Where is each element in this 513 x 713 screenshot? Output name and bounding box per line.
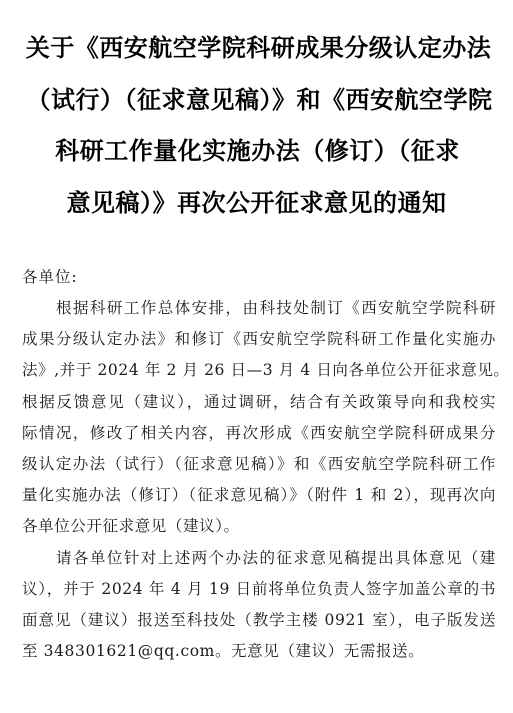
paragraph-line: 际情况，修改了相关内容，再次形成《西安航空学院科研成果分 [22,418,496,449]
paragraph-line: 面意见（建议）报送至科技处（教学主楼 0921 室），电子版发送 [22,605,496,636]
notice-document: 关于《西安航空学院科研成果分级认定办法 （试行）（征求意见稿）》和《西安航空学院… [0,0,513,713]
paragraph-line: 议），并于 2024 年 4 月 19 日前将单位负责人签字加盖公章的书 [22,574,496,605]
paragraph-line-with-email: 至 348301621@qq.com。无意见（建议）无需报送。 [22,636,496,667]
paragraph-line: 根据科研工作总体安排，由科技处制订《西安航空学院科研 [22,293,496,324]
document-title: 关于《西安航空学院科研成果分级认定办法 （试行）（征求意见稿）》和《西安航空学院… [0,22,513,228]
paragraph-line: 量化实施办法（修订）（征求意见稿）》（附件 1 和 2），现再次向 [22,480,496,511]
paragraph-line: 法》,并于 2024 年 2 月 26 日—3 月 4 日向各单位公开征求意见。 [22,355,496,386]
title-line-1: 关于《西安航空学院科研成果分级认定办法 [0,22,513,74]
salutation: 各单位: [22,262,496,293]
paragraph-line: 各单位公开征求意见（建议）。 [22,511,496,542]
title-line-4: 意见稿）》再次公开征求意见的通知 [0,177,513,229]
title-line-3: 科研工作量化实施办法（修订）（征求 [0,125,513,177]
document-body: 各单位: 根据科研工作总体安排，由科技处制订《西安航空学院科研 成果分级认定办法… [22,262,496,667]
paragraph-1: 根据科研工作总体安排，由科技处制订《西安航空学院科研 成果分级认定办法》和修订《… [22,293,496,543]
paragraph-line: 请各单位针对上述两个办法的征求意见稿提出具体意见（建 [22,543,496,574]
paragraph-line: 级认定办法（试行）（征求意见稿）》和《西安航空学院科研工作 [22,449,496,480]
title-line-2: （试行）（征求意见稿）》和《西安航空学院 [0,74,513,126]
paragraph-line: 根据反馈意见（建议），通过调研，结合有关政策导向和我校实 [22,387,496,418]
paragraph-line: 成果分级认定办法》和修订《西安航空学院科研工作量化实施办 [22,324,496,355]
paragraph-2: 请各单位针对上述两个办法的征求意见稿提出具体意见（建 议），并于 2024 年 … [22,543,496,668]
